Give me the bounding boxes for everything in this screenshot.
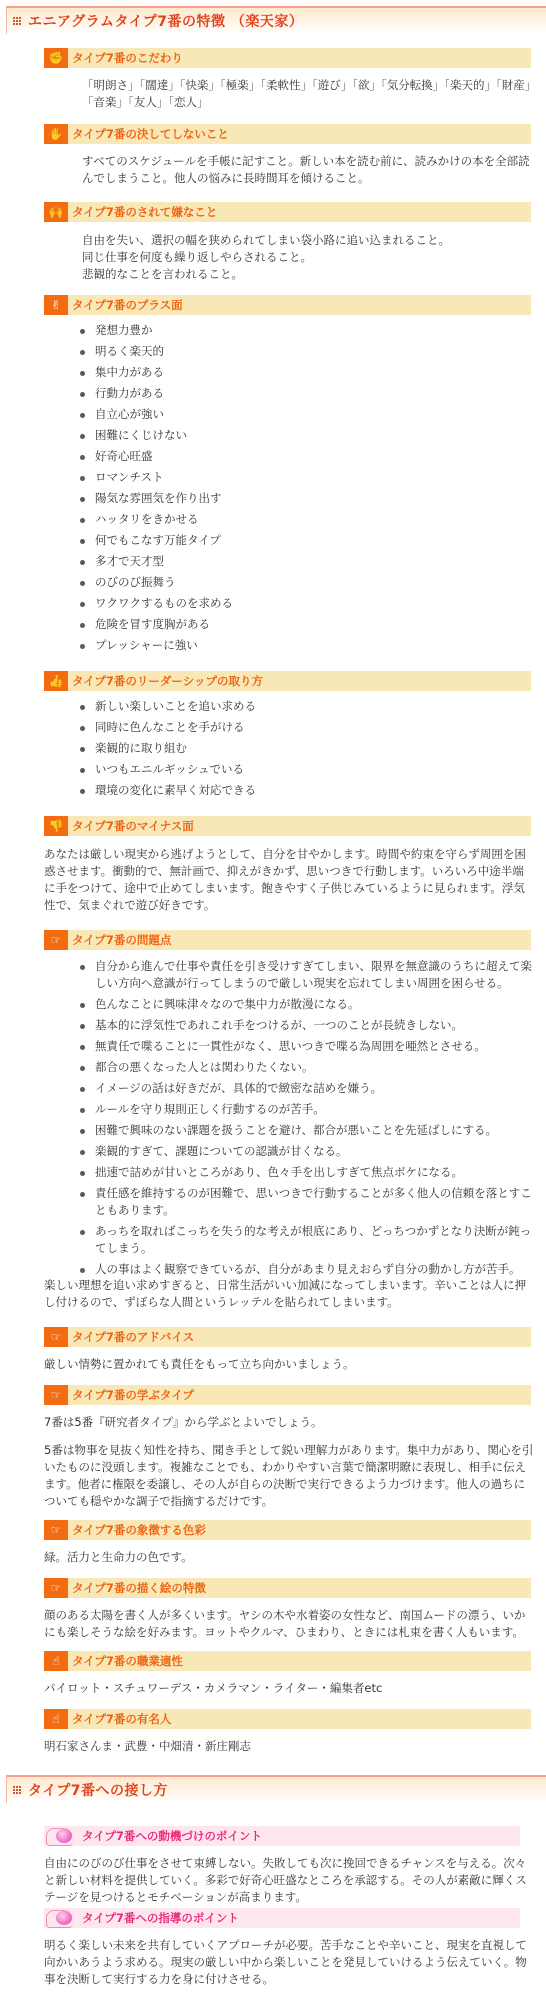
section-header-color: ☞ タイプ7番の象徴する色彩 — [44, 1520, 531, 1540]
list-item: 拙速で詰めが甘いところがあり、色々手を出しすぎて焦点ボケになる。 — [80, 1164, 532, 1181]
finger-up-icon: ☝ — [44, 1651, 68, 1671]
section-title: タイプ7番への動機づけのポイント — [82, 1828, 262, 1844]
section-title: タイプ7番の描く絵の特徴 — [72, 1580, 206, 1596]
problems-summary: 楽しい理想を追い求めすぎると、日常生活がいい加減になってしまいます。辛いことは人… — [44, 1277, 534, 1311]
list-item: ワクワクするものを求める — [80, 595, 532, 612]
list-item: 楽観的すぎて、課題についての認識が甘くなる。 — [80, 1143, 532, 1160]
section-title: タイプ7番の有名人 — [72, 1711, 171, 1727]
list-item: 行動力がある — [80, 385, 532, 402]
fist-icon: ✊ — [44, 48, 68, 68]
section-header-famous: ☝ タイプ7番の有名人 — [44, 1709, 531, 1729]
section-title: タイプ7番のリーダーシップの取り方 — [72, 673, 263, 689]
section-title: タイプ7番の決してしないこと — [72, 126, 229, 142]
section-title: タイプ7番のマイナス面 — [72, 818, 194, 834]
problems-list: 自分から進んで仕事や責任を引き受けすぎてしまい、限界を無意識のうちに超えて楽しい… — [80, 958, 532, 1282]
section-title: タイプ7番の象徴する色彩 — [72, 1522, 206, 1538]
section-header-kodawari: ✊ タイプ7番のこだわり — [44, 48, 531, 68]
minus-text: あなたは厳しい現実から逃げようとして、自分を甘やかします。時間や約束を守らず周囲… — [44, 846, 534, 914]
list-item: 困難で興味のない課題を扱うことを避け、都合が悪いことを先延ばしにする。 — [80, 1122, 532, 1139]
main-section-header: タイプ7番への接し方 — [6, 1775, 546, 1803]
list-item: 危険を冒す度胸がある — [80, 616, 532, 633]
guidance-text: 明るく楽しい未来を共有していくアプローチが必要。苦手なことや辛いこと、現実を直視… — [44, 1937, 534, 1988]
list-item: 明るく楽天的 — [80, 343, 532, 360]
hand-holding-ball-icon — [44, 1908, 78, 1928]
section-title: タイプ7番の学ぶタイプ — [72, 1387, 194, 1403]
list-item: 好奇心旺盛 — [80, 448, 532, 465]
section-title: タイプ7番のアドバイス — [72, 1329, 194, 1345]
list-item: 自立心が強い — [80, 406, 532, 423]
section-header-problems: ☞ タイプ7番の問題点 — [44, 930, 531, 950]
open-hand-icon: ✋ — [44, 124, 68, 144]
section-title: タイプ7番のプラス面 — [72, 297, 183, 313]
section-header-advice: ☞ タイプ7番のアドバイス — [44, 1327, 531, 1347]
main-section-header: エニアグラムタイプ7番の特徴 （楽天家） — [6, 6, 546, 34]
list-item: イメージの話は好きだが、具体的で緻密な詰めを嫌う。 — [80, 1080, 532, 1097]
list-item: ハッタリをきかせる — [80, 511, 532, 528]
main-section-title: エニアグラムタイプ7番の特徴 （楽天家） — [28, 11, 303, 31]
list-item: 困難にくじけない — [80, 427, 532, 444]
list-item: ルールを守り規則正しく行動するのが苦手。 — [80, 1101, 532, 1118]
thumbs-up-icon: 👍 — [44, 671, 68, 691]
learn-text-2: 5番は物事を見抜く知性を持ち、聞き手として鋭い理解力があります。集中力があり、関… — [44, 1442, 534, 1510]
main-section-title: タイプ7番への接し方 — [28, 1780, 168, 1800]
pointing-hand-icon: ☞ — [44, 1385, 68, 1405]
list-item: 何でもこなす万能タイプ — [80, 532, 532, 549]
section-header-dislikes: 🙌 タイプ7番のされて嫌なこと — [44, 202, 531, 222]
grid-icon — [13, 17, 22, 26]
list-item: 多才で天才型 — [80, 553, 532, 570]
section-header-learn: ☞ タイプ7番の学ぶタイプ — [44, 1385, 531, 1405]
section-header-leadership: 👍 タイプ7番のリーダーシップの取り方 — [44, 671, 531, 691]
list-item: 陽気な雰囲気を作り出す — [80, 490, 532, 507]
list-item: 新しい楽しいことを追い求める — [80, 698, 532, 715]
finger-up-icon: ☝ — [44, 1709, 68, 1729]
two-hands-icon: 🙌 — [44, 202, 68, 222]
list-item: 発想力豊か — [80, 322, 532, 339]
list-item: 無責任で喋ることに一貫性がなく、思いつきで喋る為周囲を唖然とさせる。 — [80, 1038, 532, 1055]
section-title: タイプ7番の問題点 — [72, 932, 171, 948]
pointing-hand-icon: ☞ — [44, 930, 68, 950]
section-header-plus: ✌ タイプ7番のプラス面 — [44, 295, 531, 315]
list-item: 基本的に浮気性であれこれ手をつけるが、一つのことが長続きしない。 — [80, 1017, 532, 1034]
grid-icon — [13, 1786, 22, 1795]
section-title: タイプ7番への指導のポイント — [82, 1910, 239, 1926]
dislike-line: 自由を失い、選択の幅を狭められてしまい袋小路に追い込まれること。 — [82, 232, 532, 249]
dislikes-text: 自由を失い、選択の幅を狭められてしまい袋小路に追い込まれること。 同じ仕事を何度… — [82, 232, 532, 283]
section-header-drawing: ☞ タイプ7番の描く絵の特徴 — [44, 1578, 531, 1598]
list-item: 色んなことに興味津々なので集中力が散漫になる。 — [80, 996, 532, 1013]
list-item: 自分から進んで仕事や責任を引き受けすぎてしまい、限界を無意識のうちに超えて楽しい… — [80, 958, 532, 992]
color-text: 緑。活力と生命力の色です。 — [44, 1549, 534, 1566]
never-do-text: すべてのスケジュールを手帳に記すこと。新しい本を読む前に、読みかけの本を全部読ん… — [82, 153, 532, 187]
section-title: タイプ7番のされて嫌なこと — [72, 204, 217, 220]
section-header-minus: 👎 タイプ7番のマイナス面 — [44, 816, 531, 836]
list-item: 同時に色んなことを手がける — [80, 719, 532, 736]
drawing-text: 顔のある太陽を書く人が多くいます。ヤシの木や水着姿の女性など、南国ムードの漂う、… — [44, 1607, 534, 1641]
section-header-guidance: タイプ7番への指導のポイント — [44, 1908, 520, 1928]
section-header-motivation: タイプ7番への動機づけのポイント — [44, 1826, 520, 1846]
dislike-line: 悲観的なことを言われること。 — [82, 266, 532, 283]
dislike-line: 同じ仕事を何度も繰り返しやらされること。 — [82, 249, 532, 266]
list-item: プレッシャーに強い — [80, 637, 532, 654]
list-item: いつもエニルギッシュでいる — [80, 761, 532, 778]
kodawari-text: 「明朗さ」「闊達」「快楽」「極楽」「柔軟性」「遊び」「欲」「気分転換」「楽天的」… — [82, 77, 532, 111]
list-item: 集中力がある — [80, 364, 532, 381]
section-title: タイプ7番のこだわり — [72, 50, 183, 66]
peace-sign-icon: ✌ — [44, 295, 68, 315]
list-item: 責任感を維持するのが困難で、思いつきで行動することが多く他人の信頼を落とすことも… — [80, 1185, 532, 1219]
hand-holding-ball-icon — [44, 1826, 78, 1846]
list-item: 楽観的に取り組む — [80, 740, 532, 757]
section-header-never-do: ✋ タイプ7番の決してしないこと — [44, 124, 531, 144]
pointing-hand-icon: ☞ — [44, 1578, 68, 1598]
advice-text: 厳しい情勢に置かれても責任をもって立ち向かいましょう。 — [44, 1356, 534, 1373]
pointing-hand-icon: ☞ — [44, 1520, 68, 1540]
pointing-hand-icon: ☞ — [44, 1327, 68, 1347]
list-item: のびのび振舞う — [80, 574, 532, 591]
famous-text: 明石家さんま・武豊・中畑清・新庄剛志 — [44, 1738, 534, 1755]
thumbs-down-icon: 👎 — [44, 816, 68, 836]
plus-list: 発想力豊か 明るく楽天的 集中力がある 行動力がある 自立心が強い 困難にくじけ… — [80, 322, 532, 658]
motivation-text: 自由にのびのび仕事をさせて束縛しない。失敗しても次に挽回できるチャンスを与える。… — [44, 1855, 534, 1906]
list-item: あっちを取ればこっちを失う的な考えが根底にあり、どっちつかずとなり決断が鈍ってし… — [80, 1223, 532, 1257]
learn-text-1: 7番は5番『研究者タイプ』から学ぶとよいでしょう。 — [44, 1414, 534, 1431]
section-header-career: ☝ タイプ7番の職業適性 — [44, 1651, 531, 1671]
leadership-list: 新しい楽しいことを追い求める 同時に色んなことを手がける 楽観的に取り組む いつ… — [80, 698, 532, 803]
list-item: 都合の悪くなった人とは関わりたくない。 — [80, 1059, 532, 1076]
career-text: パイロット・スチュワーデス・カメラマン・ライター・編集者etc — [44, 1680, 534, 1697]
list-item: ロマンチスト — [80, 469, 532, 486]
list-item: 人の事はよく観察できているが、自分があまり見えおらず自分の動かし方が苦手。 — [80, 1261, 532, 1278]
list-item: 環境の変化に素早く対応できる — [80, 782, 532, 799]
section-title: タイプ7番の職業適性 — [72, 1653, 183, 1669]
